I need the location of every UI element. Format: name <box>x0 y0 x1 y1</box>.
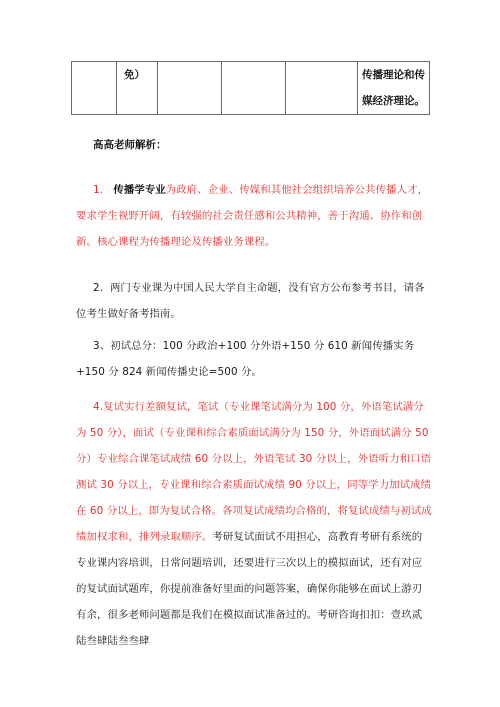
cell-text-line: 媒经济理论。 <box>362 88 429 114</box>
bold-lead: 传播学专业 <box>113 184 165 196</box>
paragraph-text: 两门专业课为中国人民大学自主命题，没有官方公布参考书目，请各位考生做好备考指南。 <box>76 282 425 320</box>
paragraph-1: 1. 传播学专业为政府、企业、传媒和其他社会组织培养公共传播人才，要求学生视野开… <box>76 177 432 255</box>
paragraph-3: 3、初试总分：100 分政治+100 分外语+150 分 610 新闻传播实务+… <box>76 333 432 385</box>
table-cell: 免） <box>117 62 158 115</box>
section-heading: 高高老师解析： <box>93 137 167 152</box>
table-cell <box>158 62 222 115</box>
cell-text: 免） <box>117 62 157 82</box>
paragraph-line: 3、初试总分：100 分政治+100 分外语+150 分 610 新闻传播实务 <box>93 340 414 352</box>
paragraph-black-text: 考研复试面试不用担心，高教育考研有系统的专业课内容培训，日常问题培训，还要进行三… <box>76 531 422 647</box>
table-row: 免） 传播理论和传 媒经济理论。 <box>72 62 430 115</box>
cell-text-line: 传播理论和传 <box>362 62 429 88</box>
paragraph-4: 4.复试实行差额复试，笔试（专业课笔试满分为 100 分，外语笔试满分为 50 … <box>76 394 432 654</box>
continuation-table: 免） 传播理论和传 媒经济理论。 <box>71 61 430 115</box>
table-cell <box>286 62 358 115</box>
paragraph-2: 2. 两门专业课为中国人民大学自主命题，没有官方公布参考书目，请各位考生做好备考… <box>76 275 432 327</box>
paragraph-line: +150 分 824 新闻传播史论=500 分。 <box>76 366 262 378</box>
table-cell <box>72 62 117 115</box>
item-number: 1. <box>93 184 103 196</box>
paragraph-red-text: 4.复试实行差额复试，笔试（专业课笔试满分为 100 分，外语笔试满分为 50 … <box>76 401 432 543</box>
table-cell <box>222 62 286 115</box>
table-cell: 传播理论和传 媒经济理论。 <box>358 62 430 115</box>
item-number: 2. <box>93 282 103 294</box>
